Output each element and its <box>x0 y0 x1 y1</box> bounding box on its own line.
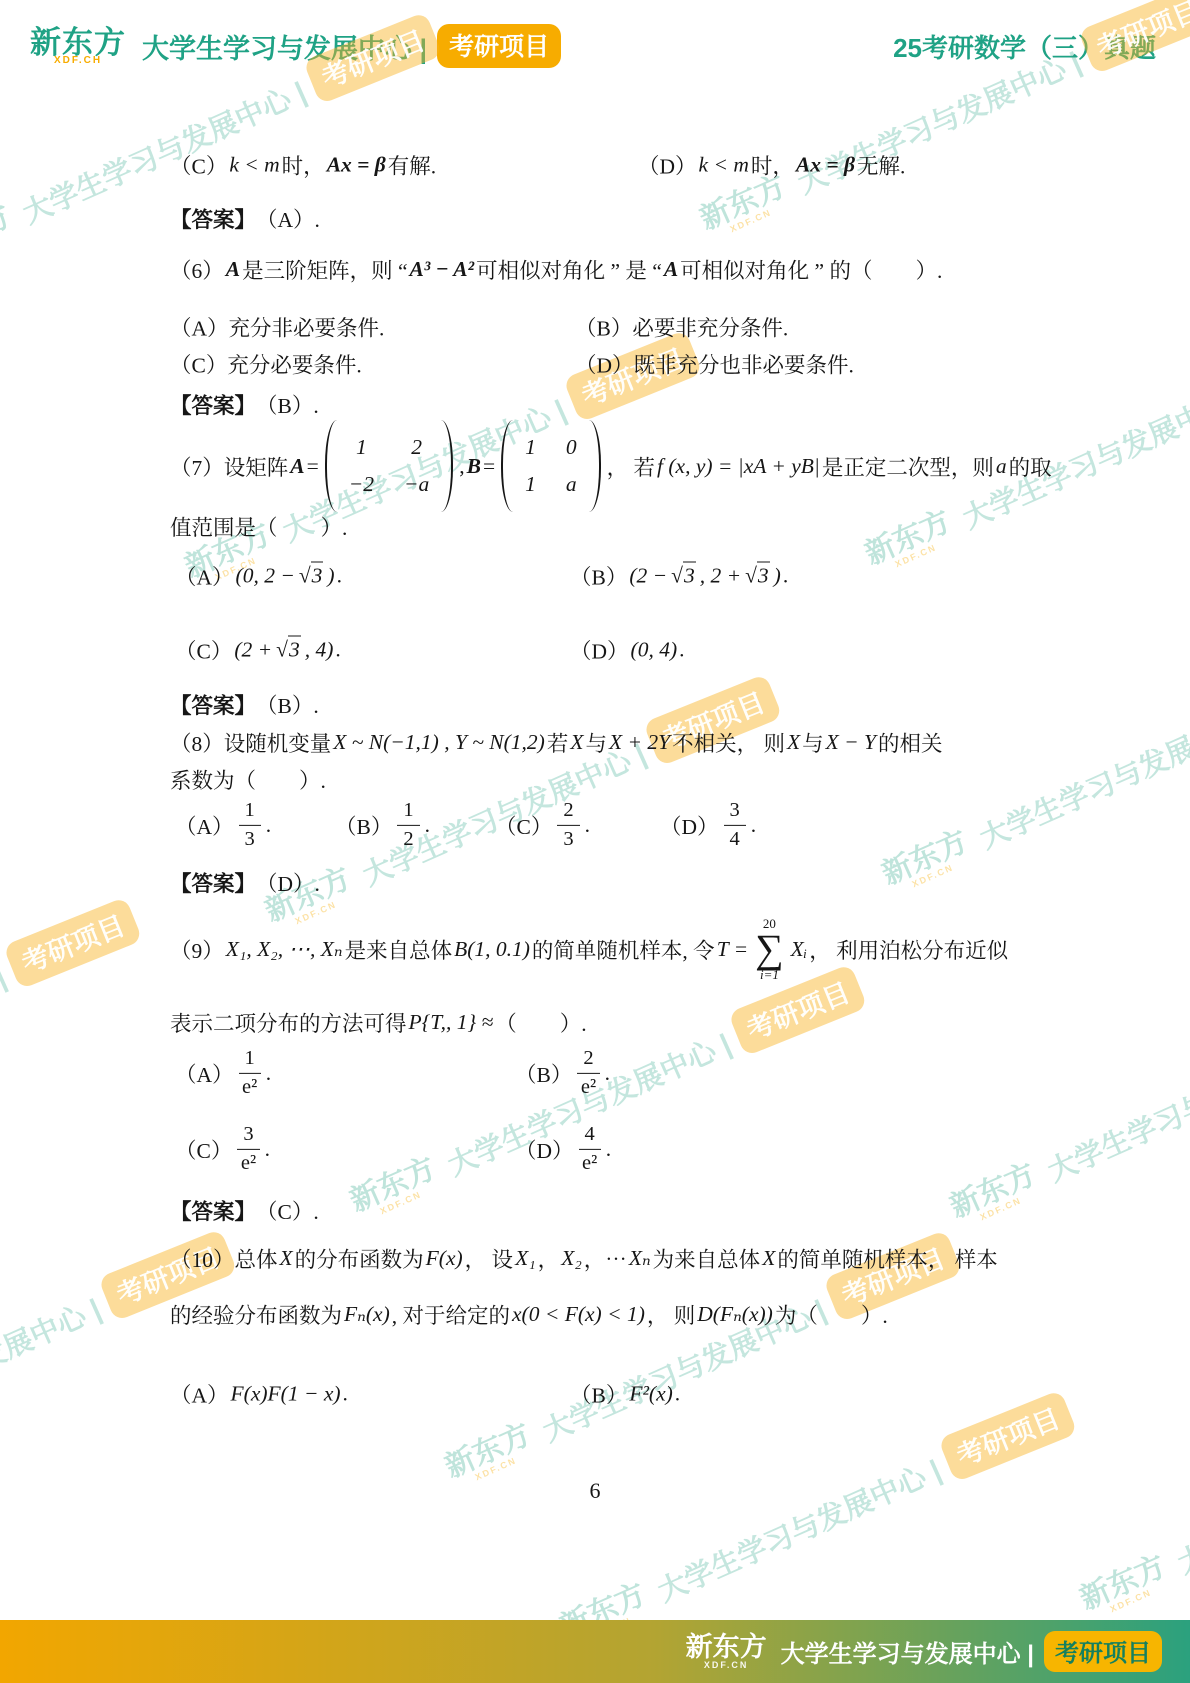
text-segment: a <box>996 454 1007 479</box>
text-segment: （B） <box>570 1379 627 1410</box>
text-segment: . <box>751 813 756 838</box>
footer-center-text: 大学生学习与发展中心 | <box>781 1634 1034 1669</box>
square-root: √3 <box>745 564 770 589</box>
q10-stem: （10）总体 X 的分布函数为 F(x)， 设 X₁， X₂，⋯ Xₙ 为来自总… <box>170 1242 1050 1274</box>
fraction-numerator: 2 <box>557 798 579 826</box>
matrix: 12−2−a <box>325 420 454 512</box>
text-segment: （C） <box>495 810 552 841</box>
q9-options-ab-col-1: （B）2e². <box>515 1046 610 1100</box>
q8-options-col-1: （B）12. <box>335 798 430 852</box>
page-number: 6 <box>0 1478 1190 1504</box>
text-segment: X <box>570 730 583 755</box>
q7-options-cd: （C）(2 + √3, 4).（D）(0, 4). <box>170 630 1050 670</box>
text-segment: A <box>226 257 240 282</box>
fraction-numerator: 3 <box>724 798 746 826</box>
fraction-denominator: 4 <box>730 826 740 853</box>
q7-options-ab-col-1: （B）(2 − √3, 2 + √3). <box>570 561 788 592</box>
watermark-badge: 考研项目 <box>3 897 143 990</box>
fraction-denominator: 2 <box>403 826 413 853</box>
q8-options-col-0: （A）13. <box>175 798 271 852</box>
text-segment: = <box>483 454 495 479</box>
text-segment: f (x, y) = |xA + yB| <box>657 454 820 479</box>
text-segment: X − Y <box>826 730 876 755</box>
fraction-numerator: 2 <box>577 1046 599 1074</box>
text-segment: 无解. <box>857 150 905 181</box>
text-segment: 是正定二次型，则 <box>822 451 994 482</box>
q6-options-cd-col-1: （D）既非充分也非必要条件. <box>575 349 854 380</box>
q7-stem: （7）设矩阵 A = 12−2−a, B = 101a， 若 f (x, y) … <box>170 420 1050 512</box>
text-segment: （7）设矩阵 <box>170 451 288 482</box>
text-segment: k < m <box>229 153 279 178</box>
matrix-cell: 1 <box>525 472 536 497</box>
text-segment: 是来自总体 <box>345 934 453 965</box>
text-segment: 的相关 <box>878 727 943 758</box>
text-segment: （B） <box>515 1058 572 1089</box>
text-segment: （D） <box>570 635 629 666</box>
matrix-left-paren <box>325 420 339 512</box>
footer-brand-subtitle: XDF.CN <box>704 1661 749 1670</box>
square-root: √3 <box>299 564 324 589</box>
sigma-symbol: ∑ <box>755 931 784 967</box>
text-segment: （A）. <box>256 203 320 234</box>
text-segment: ， 利用泊松分布近似 <box>809 934 1008 965</box>
q5-options-cd-col-0: （C）k < m 时， Ax = β 有解. <box>170 150 436 181</box>
text-segment: (2 − <box>629 564 667 589</box>
text-segment: （C）. <box>256 1195 319 1226</box>
text-segment: 【答案】 <box>170 689 256 720</box>
matrix-cell: a <box>566 472 577 497</box>
text-segment: （6） <box>170 254 224 285</box>
text-segment: , 2 + <box>700 564 741 589</box>
footer-badge: 考研项目 <box>1044 1631 1162 1672</box>
fraction-denominator: 3 <box>245 826 255 853</box>
fraction-numerator: 1 <box>397 798 419 826</box>
matrix: 101a <box>501 420 601 512</box>
text-segment: （A）充分非必要条件. <box>170 312 384 343</box>
text-segment: F(x) <box>426 1246 463 1271</box>
text-segment: （D） <box>660 810 719 841</box>
watermark-brand-logo: 新东方XDF.CN <box>0 201 19 273</box>
text-segment: （B） <box>570 561 627 592</box>
brand-name: 新东方 <box>30 27 126 58</box>
text-segment: ， 设 <box>465 1243 513 1274</box>
text-segment: （D）既非充分也非必要条件. <box>575 349 854 380</box>
q5-options-cd-col-1: （D）k < m 时， Ax = β 无解. <box>638 150 905 181</box>
fraction-numerator: 1 <box>239 1046 261 1074</box>
text-segment: B <box>467 454 481 479</box>
text-segment: 与 <box>585 727 607 758</box>
q8-options: （A）13.（B）12.（C）23.（D）34. <box>170 796 1050 854</box>
text-segment: . <box>605 1061 610 1086</box>
matrix-right-paren <box>439 420 453 512</box>
watermark-text: 大学生学习与发展中心 | <box>0 955 12 1117</box>
matrix-cell: −2 <box>349 472 374 497</box>
text-segment: ， <box>538 1243 560 1274</box>
brand-subtitle: XDF.CH <box>54 56 102 66</box>
radicand: 3 <box>757 562 770 588</box>
text-segment: （ ）. <box>495 1007 586 1038</box>
text-segment: 系数为（ ）. <box>170 764 326 795</box>
answer-9: 【答案】（C）. <box>170 1194 1050 1226</box>
text-segment: 的分布函数为 <box>295 1243 424 1274</box>
fraction: 12 <box>397 798 419 852</box>
answer-5: 【答案】（A）. <box>170 202 1050 234</box>
text-segment: F(x)F(1 − x) <box>231 1382 341 1407</box>
text-segment: , <box>459 454 464 479</box>
fraction-denominator: e² <box>242 1074 257 1101</box>
text-segment: 【答案】 <box>170 203 256 234</box>
text-segment: （B）必要非充分条件. <box>575 312 788 343</box>
text-segment: 可相似对角化 ” 是 “ <box>476 254 662 285</box>
q7-stem-2: 值范围是（ ）. <box>170 510 1050 542</box>
text-segment: 的经验分布函数为 <box>170 1299 342 1330</box>
text-segment: (2 + <box>234 638 272 663</box>
text-segment: 值范围是（ ）. <box>170 511 347 542</box>
q6-options-cd-col-0: （C）充分必要条件. <box>170 349 362 380</box>
footer-bar: 新东方 XDF.CN 大学生学习与发展中心 | 考研项目 <box>0 1620 1190 1683</box>
watermark-brand-name: 新东方 <box>0 201 15 265</box>
text-segment: X₂ <box>561 1246 582 1271</box>
watermark-brand-logo: 新东方XDF.CN <box>1076 1551 1174 1623</box>
fraction-numerator: 3 <box>237 1122 259 1150</box>
text-segment: （D） <box>638 150 697 181</box>
text-segment: 【答案】 <box>170 389 256 420</box>
text-segment: （10）总体 <box>170 1243 278 1274</box>
q9-options-cd: （C）3e².（D）4e². <box>170 1118 1050 1180</box>
brand-logo: 新东方 XDF.CH <box>30 27 126 66</box>
fraction-numerator: 4 <box>579 1122 601 1150</box>
q6-options-ab-col-1: （B）必要非充分条件. <box>575 312 788 343</box>
answer-8: 【答案】（D）. <box>170 866 1050 898</box>
summation: 20∑i=1 <box>755 917 784 981</box>
matrix-cell: 0 <box>566 435 577 460</box>
text-segment: Ax = β <box>796 153 855 178</box>
text-segment: （A） <box>175 561 234 592</box>
text-segment: Xᵢ <box>791 937 808 962</box>
text-segment: 与 <box>802 727 824 758</box>
text-segment: . <box>266 1061 271 1086</box>
fraction: 13 <box>239 798 261 852</box>
sum-lower-limit: i=1 <box>760 968 779 981</box>
text-segment: 表示二项分布的方法可得 <box>170 1007 407 1038</box>
radicand: 3 <box>288 636 301 662</box>
fraction: 1e² <box>239 1046 261 1100</box>
text-segment: （B） <box>335 810 392 841</box>
text-segment: A³ − A² <box>410 257 475 282</box>
fraction-denominator: e² <box>241 1150 256 1177</box>
text-segment: = <box>307 454 319 479</box>
text-segment: 为来自总体 <box>653 1243 761 1274</box>
q8-options-col-3: （D）34. <box>660 798 756 852</box>
q7-options-cd-col-0: （C）(2 + √3, 4). <box>175 635 341 666</box>
text-segment: （A） <box>170 1379 229 1410</box>
fraction-numerator: 1 <box>239 798 261 826</box>
text-segment: 的简单随机样本， 样本 <box>777 1243 997 1274</box>
text-segment: X₁, X₂, ⋯, Xₙ <box>226 937 343 962</box>
matrix-cells: 101a <box>515 420 587 512</box>
q9-options-ab-col-0: （A）1e². <box>175 1046 271 1100</box>
q10-stem-2: 的经验分布函数为 Fₙ(x), 对于给定的 x(0 < F(x) < 1)， 则… <box>170 1298 1050 1330</box>
matrix-cell: 1 <box>349 435 374 460</box>
q7-options-ab: （A）(0, 2 − √3).（B）(2 − √3, 2 + √3). <box>170 556 1050 596</box>
text-segment: 是三阶矩阵，则 “ <box>242 254 407 285</box>
fraction-denominator: 3 <box>563 826 573 853</box>
text-segment: . <box>335 638 340 663</box>
text-segment: (0, 4) <box>631 638 678 663</box>
square-root: √3 <box>671 564 696 589</box>
text-segment: 的取 <box>1009 451 1052 482</box>
q7-options-ab-col-0: （A）(0, 2 − √3). <box>175 561 342 592</box>
footer-brand-logo: 新东方 XDF.CN <box>686 1634 767 1670</box>
text-segment: 不相关， 则 <box>672 727 785 758</box>
text-segment: （9） <box>170 934 224 965</box>
text-segment: , 4) <box>305 638 334 663</box>
text-segment: 时， <box>282 150 325 181</box>
text-segment: （8）设随机变量 <box>170 727 331 758</box>
text-segment: 可相似对角化 ” 的（ ）. <box>680 254 942 285</box>
q10-options-ab: （A）F(x)F(1 − x).（B）F²(x). <box>170 1374 1050 1414</box>
question-content: （C）k < m 时， Ax = β 有解.（D）k < m 时， Ax = β… <box>170 0 1050 1560</box>
text-segment: . <box>783 564 788 589</box>
text-segment: . <box>266 813 271 838</box>
matrix-left-paren <box>501 420 515 512</box>
watermark-brand-subtitle: XDF.CN <box>1109 1588 1153 1614</box>
text-segment: 有解. <box>388 150 436 181</box>
text-segment: 【答案】 <box>170 1195 256 1226</box>
q10-options-ab-col-1: （B）F²(x). <box>570 1379 680 1410</box>
text-segment: （B）. <box>256 689 319 720</box>
text-segment: X <box>787 730 800 755</box>
q10-options-ab-col-0: （A）F(x)F(1 − x). <box>170 1379 348 1410</box>
fraction-denominator: e² <box>582 1150 597 1177</box>
footer-brand-name: 新东方 <box>686 1634 767 1661</box>
text-segment: ， 若 <box>607 451 655 482</box>
text-segment: X₁ <box>515 1246 536 1271</box>
text-segment: （C） <box>175 635 232 666</box>
watermark: 新东方XDF.CN大学生学习与发展中心 |考研项目 <box>0 895 143 1163</box>
text-segment: （A） <box>175 1058 234 1089</box>
text-segment: (0, 2 − <box>236 564 295 589</box>
fraction: 2e² <box>577 1046 599 1100</box>
text-segment: Ax = β <box>327 153 386 178</box>
answer-7: 【答案】（B）. <box>170 688 1050 720</box>
answer-6: 【答案】（B）. <box>170 388 1050 420</box>
q8-stem-2: 系数为（ ）. <box>170 763 1050 795</box>
text-segment: . <box>343 1382 348 1407</box>
text-segment: ) <box>774 564 781 589</box>
text-segment: , 对于给定的 <box>392 1299 510 1330</box>
fraction: 4e² <box>579 1122 601 1176</box>
text-segment: Xₙ <box>629 1246 651 1271</box>
text-segment: D(Fₙ(x)) <box>697 1302 773 1327</box>
q9-options-cd-col-0: （C）3e². <box>175 1122 270 1176</box>
text-segment: x(0 < F(x) < 1) <box>512 1302 645 1327</box>
text-segment: X ~ N(−1,1) , Y ~ N(1,2) <box>333 730 545 755</box>
text-segment: B(1, 0.1) <box>454 937 530 962</box>
text-segment: Fₙ(x) <box>344 1302 390 1327</box>
text-segment: ， 则 <box>647 1299 695 1330</box>
text-segment: P{T,, 1} ≈ <box>409 1010 494 1035</box>
watermark-brand-name: 新东方 <box>1076 1551 1170 1615</box>
text-segment: X + 2Y <box>609 730 670 755</box>
text-segment: （D）. <box>256 867 320 898</box>
text-segment: 的简单随机样本, 令 <box>532 934 715 965</box>
q9-stem-2: 表示二项分布的方法可得 P{T,, 1} ≈（ ）. <box>170 1006 1050 1038</box>
text-segment: （B）. <box>256 389 319 420</box>
exam-page: 新东方 XDF.CH 大学生学习与发展中心 | 考研项目 25考研数学（三）真题… <box>0 0 1190 1683</box>
text-segment: 【答案】 <box>170 867 256 898</box>
text-segment: A <box>290 454 304 479</box>
radicand: 3 <box>311 562 324 588</box>
q6-options-ab-col-0: （A）充分非必要条件. <box>170 312 384 343</box>
fraction-denominator: e² <box>581 1074 596 1101</box>
q5-options-cd: （C）k < m 时， Ax = β 有解.（D）k < m 时， Ax = β… <box>170 148 1050 182</box>
matrix-cell: 2 <box>404 435 429 460</box>
q9-stem: （9）X₁, X₂, ⋯, Xₙ 是来自总体 B(1, 0.1) 的简单随机样本… <box>170 916 1050 982</box>
q8-options-col-2: （C）23. <box>495 798 590 852</box>
matrix-cell: −a <box>404 472 429 497</box>
text-segment: A <box>664 257 678 282</box>
q8-stem: （8）设随机变量 X ~ N(−1,1) , Y ~ N(1,2) 若 X 与 … <box>170 726 1050 758</box>
text-segment: （D） <box>515 1134 574 1165</box>
text-segment: k < m <box>699 153 749 178</box>
fraction: 3e² <box>237 1122 259 1176</box>
text-segment: X <box>280 1246 293 1271</box>
text-segment: （C）充分必要条件. <box>170 349 362 380</box>
fraction: 23 <box>557 798 579 852</box>
text-segment: 为（ ）. <box>775 1299 888 1330</box>
text-segment: F²(x) <box>629 1382 672 1407</box>
watermark-text: 大学生学习与发展中心 | <box>1041 1028 1190 1190</box>
text-segment: X <box>762 1246 775 1271</box>
watermark-text: 大学生学习与发展中心 | <box>0 1287 107 1449</box>
text-segment: . <box>606 1137 611 1162</box>
q9-options-cd-col-1: （D）4e². <box>515 1122 611 1176</box>
text-segment: . <box>337 564 342 589</box>
text-segment: . <box>425 813 430 838</box>
q6-stem: （6）A 是三阶矩阵，则 “ A³ − A² 可相似对角化 ” 是 “ A 可相… <box>170 253 1050 285</box>
text-segment: （C） <box>170 150 227 181</box>
text-segment: . <box>679 638 684 663</box>
text-segment: ) <box>327 564 334 589</box>
text-segment: . <box>585 813 590 838</box>
text-segment: 若 <box>547 727 569 758</box>
text-segment: 时， <box>751 150 794 181</box>
square-root: √3 <box>276 638 301 663</box>
text-segment: . <box>675 1382 680 1407</box>
q9-options-ab: （A）1e².（B）2e². <box>170 1042 1050 1104</box>
radicand: 3 <box>683 562 696 588</box>
text-segment: （A） <box>175 810 234 841</box>
matrix-cell: 1 <box>525 435 536 460</box>
text-segment: （C） <box>175 1134 232 1165</box>
q6-options-cd: （C）充分必要条件.（D）既非充分也非必要条件. <box>170 347 1050 381</box>
q7-options-cd-col-1: （D）(0, 4). <box>570 635 684 666</box>
matrix-right-paren <box>587 420 601 512</box>
q6-options-ab: （A）充分非必要条件.（B）必要非充分条件. <box>170 310 1050 344</box>
fraction: 34 <box>724 798 746 852</box>
text-segment: ，⋯ <box>584 1243 627 1274</box>
text-segment: T = <box>717 937 748 962</box>
matrix-cells: 12−2−a <box>339 420 440 512</box>
text-segment: . <box>265 1137 270 1162</box>
